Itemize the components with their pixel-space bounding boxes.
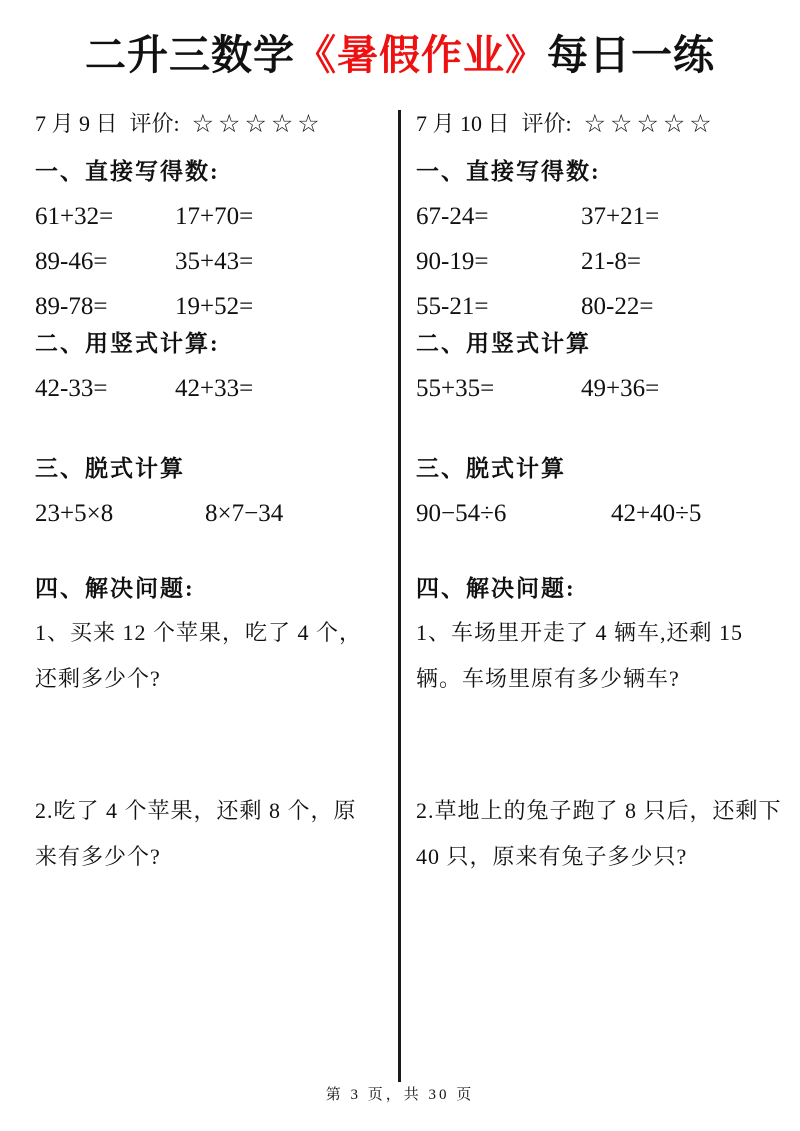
rating-stars: ☆☆☆☆☆ bbox=[584, 109, 716, 139]
math-expression: 67-24= bbox=[416, 202, 581, 232]
math-expression: 19+52= bbox=[175, 292, 253, 322]
title-highlight: 《暑假作业》 bbox=[295, 32, 547, 78]
word-problem: 1、车场里开走了 4 辆车,还剩 15 辆。车场里原有多少辆车? bbox=[416, 610, 784, 702]
title-suffix: 每日一练 bbox=[547, 32, 715, 78]
problem-row: 55-21= 80-22= bbox=[416, 292, 784, 322]
math-expression: 42+33= bbox=[175, 374, 253, 404]
evaluation-label: 评价: bbox=[130, 109, 180, 139]
math-expression: 42+40÷5 bbox=[611, 499, 701, 529]
math-expression: 49+36= bbox=[581, 374, 659, 404]
math-expression: 8×7−34 bbox=[205, 499, 283, 529]
section-heading-word-problems: 四、解决问题: bbox=[35, 574, 376, 604]
rating-stars: ☆☆☆☆☆ bbox=[192, 109, 324, 139]
math-expression: 61+32= bbox=[35, 202, 175, 232]
section-heading-direct-calc: 一、直接写得数: bbox=[416, 157, 784, 187]
math-expression: 23+5×8 bbox=[35, 499, 205, 529]
right-day-column: 7 月 10 日 评价: ☆☆☆☆☆ 一、直接写得数: 67-24= 37+21… bbox=[400, 109, 800, 880]
date-label: 7 月 10 日 bbox=[416, 109, 510, 139]
problem-row: 90−54÷6 42+40÷5 bbox=[416, 499, 784, 529]
problem-row: 67-24= 37+21= bbox=[416, 202, 784, 232]
evaluation-label: 评价: bbox=[522, 109, 572, 139]
math-expression: 90-19= bbox=[416, 247, 581, 277]
section-heading-step-calc: 三、脱式计算 bbox=[416, 454, 784, 484]
math-expression: 35+43= bbox=[175, 247, 253, 277]
math-expression: 80-22= bbox=[581, 292, 653, 322]
page-number-footer: 第 3 页，共 30 页 bbox=[0, 1083, 800, 1104]
problem-row: 23+5×8 8×7−34 bbox=[35, 499, 376, 529]
math-expression: 89-46= bbox=[35, 247, 175, 277]
problem-row: 90-19= 21-8= bbox=[416, 247, 784, 277]
problem-row: 89-46= 35+43= bbox=[35, 247, 376, 277]
left-day-column: 7 月 9 日 评价: ☆☆☆☆☆ 一、直接写得数: 61+32= 17+70=… bbox=[0, 109, 400, 880]
math-expression: 37+21= bbox=[581, 202, 659, 232]
word-problem: 1、买来 12 个苹果，吃了 4 个，还剩多少个? bbox=[35, 610, 376, 702]
section-heading-vertical-calc: 二、用竖式计算: bbox=[35, 329, 376, 359]
word-problem: 2.吃了 4 个苹果，还剩 8 个，原来有多少个? bbox=[35, 788, 376, 880]
section-heading-word-problems: 四、解决问题: bbox=[416, 574, 784, 604]
title-prefix: 二升三数学 bbox=[85, 32, 295, 78]
worksheet-page: 二升三数学《暑假作业》每日一练 7 月 9 日 评价: ☆☆☆☆☆ 一、直接写得… bbox=[0, 0, 800, 1131]
math-expression: 55-21= bbox=[416, 292, 581, 322]
word-problem: 2.草地上的兔子跑了 8 只后，还剩下 40 只，原来有兔子多少只? bbox=[416, 788, 784, 880]
section-heading-direct-calc: 一、直接写得数: bbox=[35, 157, 376, 187]
date-label: 7 月 9 日 bbox=[35, 109, 118, 139]
math-expression: 21-8= bbox=[581, 247, 641, 277]
section-heading-vertical-calc: 二、用竖式计算 bbox=[416, 329, 784, 359]
date-evaluation-line: 7 月 10 日 评价: ☆☆☆☆☆ bbox=[416, 109, 784, 139]
worksheet-body: 7 月 9 日 评价: ☆☆☆☆☆ 一、直接写得数: 61+32= 17+70=… bbox=[0, 109, 800, 880]
page-title: 二升三数学《暑假作业》每日一练 bbox=[0, 0, 800, 79]
math-expression: 90−54÷6 bbox=[416, 499, 611, 529]
problem-row: 55+35= 49+36= bbox=[416, 374, 784, 404]
problem-row: 61+32= 17+70= bbox=[35, 202, 376, 232]
date-evaluation-line: 7 月 9 日 评价: ☆☆☆☆☆ bbox=[35, 109, 376, 139]
problem-row: 42-33= 42+33= bbox=[35, 374, 376, 404]
math-expression: 42-33= bbox=[35, 374, 175, 404]
problem-row: 89-78= 19+52= bbox=[35, 292, 376, 322]
math-expression: 17+70= bbox=[175, 202, 253, 232]
math-expression: 89-78= bbox=[35, 292, 175, 322]
section-heading-step-calc: 三、脱式计算 bbox=[35, 454, 376, 484]
math-expression: 55+35= bbox=[416, 374, 581, 404]
